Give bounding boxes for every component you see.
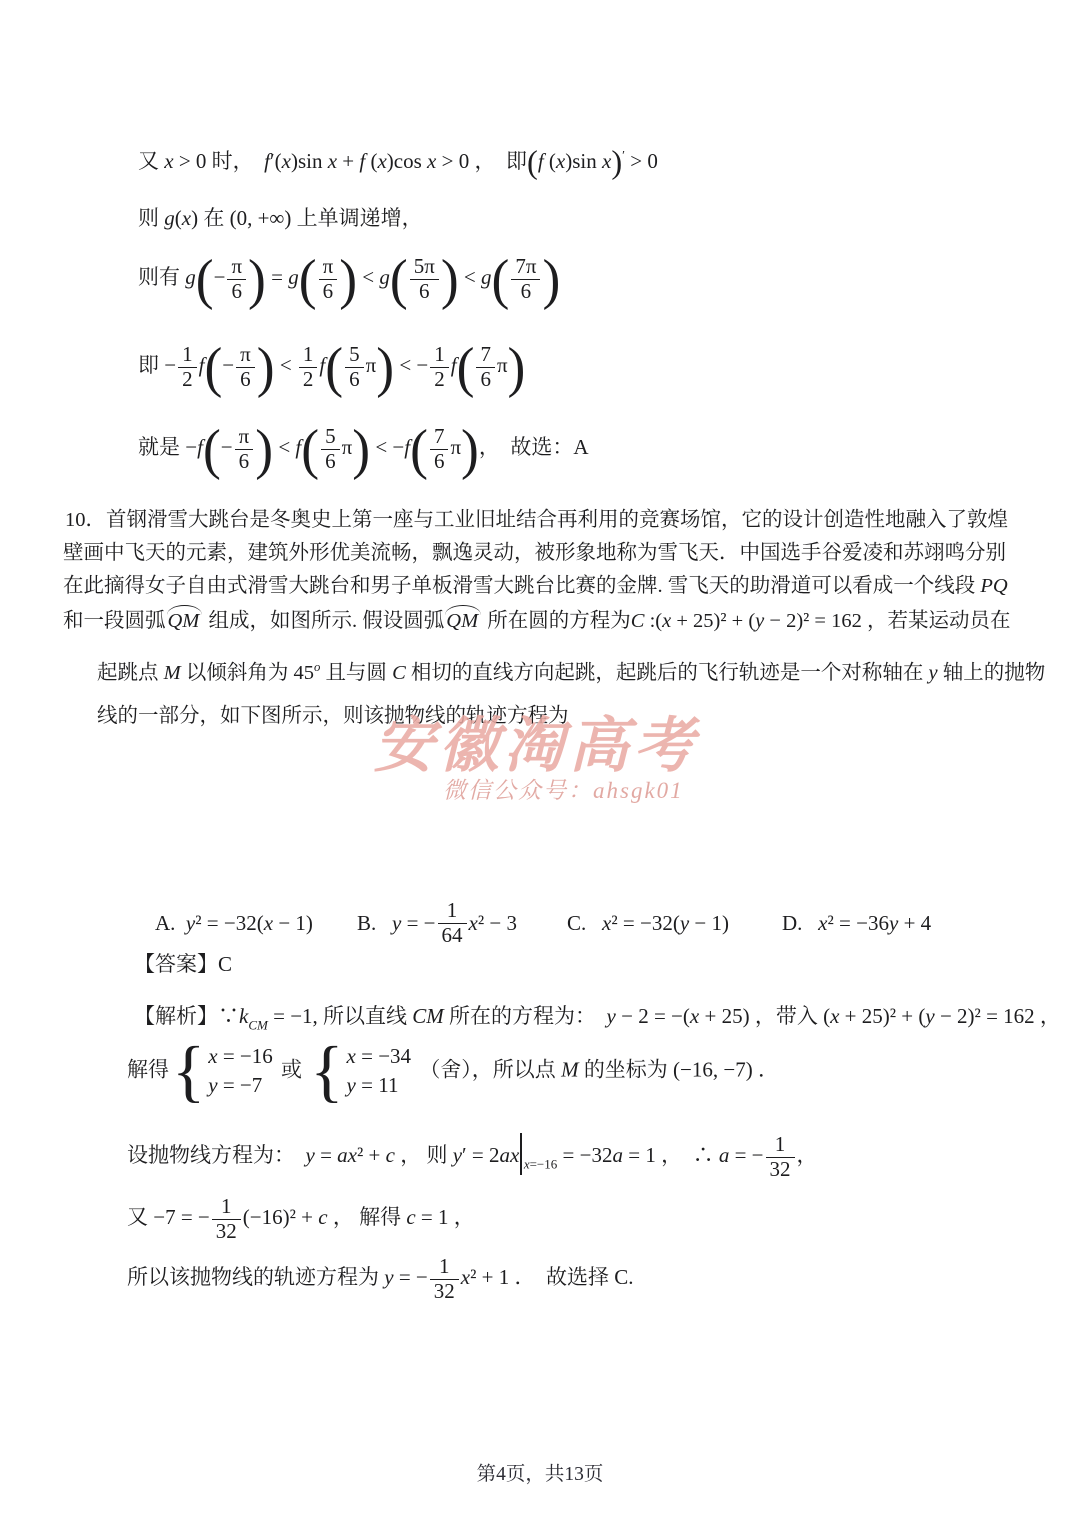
options-row: A. y² = −32(x − 1) B. y = −164x² − 3 C. …: [0, 898, 1080, 948]
math-run: < g: [459, 265, 492, 289]
text-run: ，: [797, 1143, 818, 1167]
text-run: ， 故选：A: [479, 435, 589, 459]
text-run: C.: [567, 911, 602, 936]
math-run: (−16)² + c ， 解得 c = 1 ，: [243, 1205, 475, 1229]
math-run: y = ax² + c ， 则 y′ = 2ax: [295, 1143, 519, 1167]
math-fraction: π6: [227, 255, 246, 303]
conclusion-line: 所以该抛物线的轨迹方程为 y = −132x² + 1 ． 故选择 C.: [127, 1255, 634, 1303]
question10-line-1: 10．首钢滑雪大跳台是冬奥史上第一座与工业旧址结合再利用的竞赛场馆，它的设计创造…: [65, 502, 1008, 532]
subscript: CM: [248, 1018, 268, 1033]
fraction-denominator: 6: [476, 368, 495, 392]
text-run: 壁画中飞天的元素，建筑外形优美流畅，飘逸灵动，被形象地称为雪飞天．中国选手谷爱凌…: [63, 542, 1006, 564]
fraction-denominator: 6: [235, 450, 254, 474]
cases-row: y = 11: [347, 1073, 412, 1098]
fraction-denominator: 2: [430, 368, 449, 392]
system-solution-line: 解得{x = −16y = −7 或 {x = −34y = 11 （舍），所以…: [127, 1042, 779, 1101]
cases-brace: {: [172, 1042, 205, 1101]
fraction-denominator: 32: [430, 1280, 459, 1304]
text-run: D.: [782, 911, 818, 936]
math-run: <: [275, 353, 297, 377]
fraction-numerator: 7: [430, 425, 449, 450]
question10-line-3: 在此摘得女子自由式滑雪大跳台和男子单板滑雪大跳台比赛的金牌. 雪飞天的助滑道可以…: [63, 568, 1008, 598]
overarc-qm: QM: [444, 609, 482, 633]
math-run: 则有 g: [138, 265, 196, 289]
text-run: 故选择 C.: [535, 1265, 633, 1289]
math-run: 又 x > 0 时， f′(x)sin x + f (x)cos x > 0 ，…: [138, 149, 527, 173]
document-page: 又 x > 0 时， f′(x)sin x + f (x)cos x > 0 ，…: [0, 0, 1080, 1527]
cases-rows: x = −34y = 11: [347, 1044, 412, 1098]
fraction-denominator: 2: [178, 368, 197, 392]
math-run: 就是 −f: [138, 435, 203, 459]
fraction-numerator: 1: [212, 1195, 241, 1220]
math-run: π: [342, 435, 353, 459]
text-run: 或: [276, 1057, 308, 1081]
solution-line-5: 就是 −f(−π6) < f(56π) < −f(76π)， 故选：A: [138, 425, 589, 473]
math-run: 且与圆 C 相切的直线方向起跳，起跳后的飞行轨迹是一个对称轴在 y 轴上的抛物: [320, 662, 1045, 684]
math-run: x² + 1 ．: [461, 1265, 536, 1289]
math-run: y² = −32(x − 1): [186, 911, 313, 936]
fraction-numerator: 5: [345, 343, 364, 368]
math-run: y = −: [392, 911, 436, 936]
page-footer: 第4页，共13页: [0, 1458, 1080, 1486]
math-run: 所以该抛物线的轨迹方程为 y = −: [127, 1265, 428, 1289]
solution-line-3: 则有 g(−π6) = g(π6) < g(5π6) < g(7π6): [138, 255, 560, 303]
math-run: < g: [357, 265, 390, 289]
math-run: = −32a = 1 ， ∴ a = −: [557, 1143, 763, 1167]
math-run: < −f: [370, 435, 410, 459]
question10-line-2: 壁画中飞天的元素，建筑外形优美流畅，飘逸灵动，被形象地称为雪飞天．中国选手谷爱凌…: [63, 535, 1006, 565]
math-run: > 0: [625, 149, 658, 173]
math-fraction: 12: [178, 343, 197, 391]
math-fraction: π6: [319, 255, 338, 303]
text-run: A.: [155, 911, 186, 936]
math-run: π: [366, 353, 377, 377]
math-run: 在此摘得女子自由式滑雪大跳台和男子单板滑雪大跳台比赛的金牌. 雪飞天的助滑道可以…: [63, 575, 1008, 597]
math-fraction: 12: [430, 343, 449, 391]
math-run: = −1, 所以直线 CM 所在的方程为： y − 2 = −(x + 25) …: [268, 1004, 1061, 1028]
cases-rows: x = −16y = −7: [208, 1044, 273, 1098]
cases-group: {x = −34y = 11: [310, 1042, 411, 1101]
math-fraction: 56: [345, 343, 364, 391]
math-fraction: 132: [766, 1133, 795, 1181]
text-run: 解得: [127, 1057, 169, 1081]
math-run: −: [214, 265, 226, 289]
solution-line-1: 又 x > 0 时， f′(x)sin x + f (x)cos x > 0 ，…: [138, 145, 658, 175]
cases-row: y = −7: [208, 1073, 273, 1098]
parabola-setup-line: 设抛物线方程为： y = ax² + c ， 则 y′ = 2axx=−16 =…: [127, 1133, 818, 1181]
text-run: 【解析】∵: [134, 1004, 239, 1028]
math-fraction: 5π6: [410, 255, 439, 303]
fraction-denominator: 6: [511, 280, 540, 304]
math-fraction: π6: [235, 425, 254, 473]
evaluate-bar: [520, 1133, 522, 1175]
math-run: 则 g(x) 在 (0, +∞) 上单调递增，: [138, 206, 423, 230]
watermark-wechat: 微信公众号：ahsgk01: [443, 772, 684, 805]
option-a: A. y² = −32(x − 1): [155, 898, 313, 948]
option-c: C. x² = −32(y − 1): [567, 898, 729, 948]
math-fraction: 7π6: [511, 255, 540, 303]
math-run: 和一段圆弧: [63, 610, 166, 632]
fraction-denominator: 6: [236, 368, 255, 392]
math-run: π: [497, 353, 508, 377]
fraction-numerator: π: [236, 343, 255, 368]
cases-group: {x = −16y = −7: [172, 1042, 273, 1101]
fraction-denominator: 6: [321, 450, 340, 474]
fraction-numerator: 7: [476, 343, 495, 368]
question10-line-4: 和一段圆弧QM 组成，如图所示. 假设圆弧QM 所在圆的方程为C :(x + 2…: [63, 603, 1011, 633]
fraction-numerator: π: [227, 255, 246, 280]
math-run: π: [450, 435, 461, 459]
fraction-denominator: 6: [227, 280, 246, 304]
solution-line-2: 则 g(x) 在 (0, +∞) 上单调递增，: [138, 202, 423, 232]
math-fraction: 132: [212, 1195, 241, 1243]
option-b: B. y = −164x² − 3: [357, 898, 517, 948]
math-run: < f: [273, 435, 301, 459]
math-run: −: [221, 435, 233, 459]
math-run: = g: [266, 265, 299, 289]
fraction-denominator: 6: [430, 450, 449, 474]
question10-line-5: 起跳点 M 以倾斜角为 45o 且与圆 C 相切的直线方向起跳，起跳后的飞行轨迹…: [97, 655, 1045, 685]
math-run: −: [222, 353, 234, 377]
math-run: x² = −32(y − 1): [602, 911, 729, 936]
fraction-denominator: 32: [212, 1220, 241, 1244]
math-fraction: π6: [236, 343, 255, 391]
fraction-denominator: 2: [299, 368, 318, 392]
math-run: < −: [394, 353, 428, 377]
fraction-numerator: 1: [299, 343, 318, 368]
fraction-numerator: 5: [321, 425, 340, 450]
math-fraction: 164: [438, 899, 467, 947]
math-run: 即 −: [138, 353, 176, 377]
math-run: 起跳点 M 以倾斜角为 45: [97, 662, 314, 684]
fraction-denominator: 6: [410, 280, 439, 304]
fraction-numerator: 7π: [511, 255, 540, 280]
evaluate-condition: x=−16: [524, 1156, 557, 1171]
cases-brace: {: [310, 1042, 343, 1101]
math-fraction: 12: [299, 343, 318, 391]
fraction-denominator: 64: [438, 924, 467, 948]
math-run: （舍），所以点 M 的坐标为 (−16, −7) ．: [414, 1057, 779, 1081]
evaluated-at: x=−16: [519, 1143, 557, 1167]
fraction-denominator: 32: [766, 1158, 795, 1182]
fraction-numerator: 1: [430, 343, 449, 368]
analysis-line: 【解析】∵kCM = −1, 所以直线 CM 所在的方程为： y − 2 = −…: [134, 1000, 1061, 1030]
fraction-numerator: 1: [766, 1133, 795, 1158]
math-fraction: 76: [430, 425, 449, 473]
fraction-numerator: 1: [438, 899, 467, 924]
fraction-numerator: 5π: [410, 255, 439, 280]
math-run: 又 −7 = −: [127, 1205, 210, 1229]
text-run: 设抛物线方程为：: [127, 1143, 295, 1167]
math-run: 所在圆的方程为C :(x + 25)² + (y − 2)² = 162 ，若某…: [482, 610, 1010, 632]
cases-row: x = −34: [347, 1044, 412, 1069]
math-run: x² = −36y + 4: [818, 911, 931, 936]
option-d: D. x² = −36y + 4: [782, 898, 931, 948]
text-run: B.: [357, 911, 392, 936]
solve-c-line: 又 −7 = −132(−16)² + c ， 解得 c = 1 ，: [127, 1195, 475, 1243]
fraction-numerator: 1: [178, 343, 197, 368]
math-fraction: 76: [476, 343, 495, 391]
math-fraction: 56: [321, 425, 340, 473]
fraction-denominator: 6: [345, 368, 364, 392]
math-fraction: 132: [430, 1255, 459, 1303]
solution-line-4: 即 −12f(−π6) < 12f(56π) < −12f(76π): [138, 343, 525, 391]
math-run: f (x)sin x: [538, 149, 612, 173]
overarc-qm: QM: [166, 609, 204, 633]
text-run: 【答案】C: [134, 952, 232, 976]
math-run: k: [239, 1004, 248, 1028]
answer-line: 【答案】C: [134, 948, 232, 978]
math-run: x² − 3: [469, 911, 517, 936]
text-run: 10．首钢滑雪大跳台是冬奥史上第一座与工业旧址结合再利用的竞赛场馆，它的设计创造…: [65, 509, 1008, 531]
math-run: 组成，如图所示. 假设圆弧: [203, 610, 444, 632]
fraction-denominator: 6: [319, 280, 338, 304]
cases-row: x = −16: [208, 1044, 273, 1069]
fraction-numerator: π: [235, 425, 254, 450]
fraction-numerator: π: [319, 255, 338, 280]
fraction-numerator: 1: [430, 1255, 459, 1280]
